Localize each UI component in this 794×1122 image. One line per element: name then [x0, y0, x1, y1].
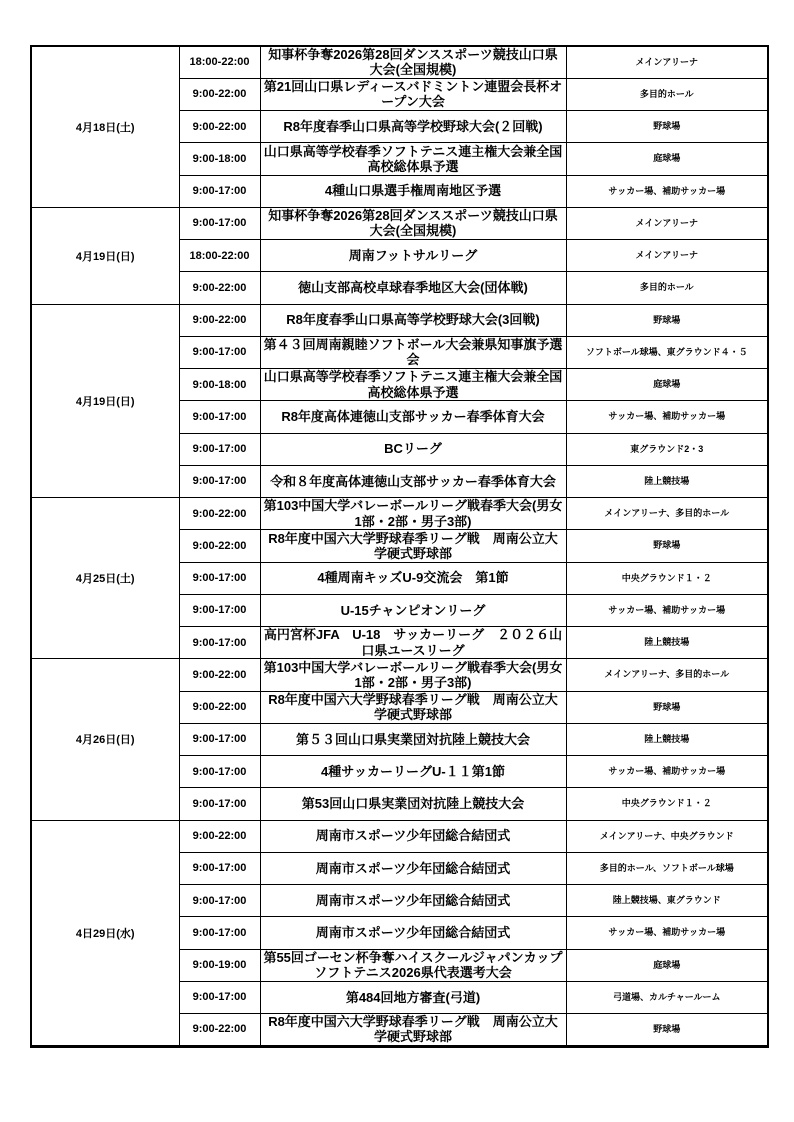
venue-cell: サッカー場、補助サッカー場 — [566, 594, 768, 626]
venue-cell: 多目的ホール — [566, 78, 768, 110]
schedule-body: 4月18日(土)18:00-22:00知事杯争奪2026第28回ダンススポーツ競… — [31, 46, 768, 1046]
event-cell: 周南市スポーツ少年団総合結団式 — [260, 917, 566, 949]
time-cell: 9:00-22:00 — [179, 272, 260, 304]
event-cell: R8年度中国六大学野球春季リーグ戦 周南公立大学硬式野球部 — [260, 691, 566, 723]
schedule-page: { "page": { "background_color": "#ffffff… — [0, 0, 794, 1122]
venue-cell: 野球場 — [566, 1014, 768, 1047]
venue-cell: 野球場 — [566, 691, 768, 723]
venue-cell: 陸上競技場 — [566, 723, 768, 755]
time-cell: 9:00-22:00 — [179, 498, 260, 530]
time-cell: 9:00-22:00 — [179, 304, 260, 336]
event-cell: 第21回山口県レディースバドミントン連盟会長杯オープン大会 — [260, 78, 566, 110]
event-cell: 第103中国大学バレーボールリーグ戦春季大会(男女1部・2部・男子3部) — [260, 659, 566, 691]
event-cell: BCリーグ — [260, 433, 566, 465]
event-cell: 知事杯争奪2026第28回ダンススポーツ競技山口県大会(全国規模) — [260, 46, 566, 78]
venue-cell: メインアリーナ、多目的ホール — [566, 659, 768, 691]
event-cell: 周南フットサルリーグ — [260, 240, 566, 272]
event-cell: 第55回ゴーセン杯争奪ハイスクールジャパンカップソフトテニス2026県代表選考大… — [260, 949, 566, 981]
event-cell: 周南市スポーツ少年団総合結団式 — [260, 820, 566, 852]
event-cell: R8年度中国六大学野球春季リーグ戦 周南公立大学硬式野球部 — [260, 530, 566, 562]
time-cell: 9:00-22:00 — [179, 691, 260, 723]
venue-cell: メインアリーナ — [566, 207, 768, 239]
schedule-table-container: 4月18日(土)18:00-22:00知事杯争奪2026第28回ダンススポーツ競… — [30, 45, 767, 1045]
venue-cell: 弓道場、カルチャールーム — [566, 981, 768, 1013]
time-cell: 9:00-17:00 — [179, 756, 260, 788]
time-cell: 18:00-22:00 — [179, 46, 260, 78]
venue-cell: サッカー場、補助サッカー場 — [566, 756, 768, 788]
venue-cell: サッカー場、補助サッカー場 — [566, 175, 768, 207]
table-row: 4月25日(土)9:00-22:00第103中国大学バレーボールリーグ戦春季大会… — [31, 498, 768, 530]
date-cell: 4月25日(土) — [31, 498, 179, 659]
venue-cell: 多目的ホール — [566, 272, 768, 304]
event-cell: 第５３回山口県実業団対抗陸上競技大会 — [260, 723, 566, 755]
time-cell: 9:00-22:00 — [179, 659, 260, 691]
table-row: 4月18日(土)18:00-22:00知事杯争奪2026第28回ダンススポーツ競… — [31, 46, 768, 78]
time-cell: 9:00-22:00 — [179, 111, 260, 143]
venue-cell: 中央グラウンド１・２ — [566, 562, 768, 594]
table-row: 4月26日(日)9:00-22:00第103中国大学バレーボールリーグ戦春季大会… — [31, 659, 768, 691]
venue-cell: 庭球場 — [566, 369, 768, 401]
time-cell: 9:00-22:00 — [179, 78, 260, 110]
date-cell: 4月18日(土) — [31, 46, 179, 207]
time-cell: 9:00-17:00 — [179, 723, 260, 755]
venue-cell: メインアリーナ、中央グラウンド — [566, 820, 768, 852]
event-cell: 第４３回周南親睦ソフトボール大会兼県知事旗予選会 — [260, 336, 566, 368]
date-cell: 4月26日(日) — [31, 659, 179, 820]
event-cell: 周南市スポーツ少年団総合結団式 — [260, 885, 566, 917]
venue-cell: 野球場 — [566, 111, 768, 143]
venue-cell: 陸上競技場 — [566, 465, 768, 497]
time-cell: 9:00-17:00 — [179, 175, 260, 207]
time-cell: 9:00-19:00 — [179, 949, 260, 981]
venue-cell: 陸上競技場、東グラウンド — [566, 885, 768, 917]
event-cell: 高円宮杯JFA U-18 サッカーリーグ ２０２６山口県ユースリーグ — [260, 627, 566, 659]
time-cell: 9:00-17:00 — [179, 401, 260, 433]
event-cell: R8年度中国六大学野球春季リーグ戦 周南公立大学硬式野球部 — [260, 1014, 566, 1047]
time-cell: 9:00-17:00 — [179, 917, 260, 949]
time-cell: 9:00-17:00 — [179, 627, 260, 659]
event-cell: 第103中国大学バレーボールリーグ戦春季大会(男女1部・2部・男子3部) — [260, 498, 566, 530]
venue-cell: メインアリーナ — [566, 46, 768, 78]
venue-cell: 陸上競技場 — [566, 627, 768, 659]
time-cell: 9:00-17:00 — [179, 594, 260, 626]
venue-cell: 野球場 — [566, 530, 768, 562]
venue-cell: サッカー場、補助サッカー場 — [566, 401, 768, 433]
event-cell: 山口県高等学校春季ソフトテニス連主権大会兼全国高校総体県予選 — [260, 369, 566, 401]
venue-cell: サッカー場、補助サッカー場 — [566, 917, 768, 949]
time-cell: 9:00-22:00 — [179, 1014, 260, 1047]
venue-cell: 野球場 — [566, 304, 768, 336]
time-cell: 9:00-18:00 — [179, 143, 260, 175]
venue-cell: メインアリーナ、多目的ホール — [566, 498, 768, 530]
event-cell: 山口県高等学校春季ソフトテニス連主権大会兼全国高校総体県予選 — [260, 143, 566, 175]
venue-cell: メインアリーナ — [566, 240, 768, 272]
venue-cell: 庭球場 — [566, 143, 768, 175]
time-cell: 9:00-22:00 — [179, 530, 260, 562]
event-cell: 令和８年度高体連徳山支部サッカー春季体育大会 — [260, 465, 566, 497]
venue-cell: 庭球場 — [566, 949, 768, 981]
time-cell: 9:00-17:00 — [179, 981, 260, 1013]
venue-cell: 東グラウンド2・3 — [566, 433, 768, 465]
event-cell: 知事杯争奪2026第28回ダンススポーツ競技山口県大会(全国規模) — [260, 207, 566, 239]
date-cell: 4月19日(日) — [31, 304, 179, 498]
time-cell: 9:00-17:00 — [179, 885, 260, 917]
event-cell: 周南市スポーツ少年団総合結団式 — [260, 852, 566, 884]
date-cell: 4日29日(水) — [31, 820, 179, 1046]
time-cell: 18:00-22:00 — [179, 240, 260, 272]
venue-cell: 中央グラウンド１・２ — [566, 788, 768, 820]
event-cell: 第53回山口県実業団対抗陸上競技大会 — [260, 788, 566, 820]
event-cell: 4種山口県選手権周南地区予選 — [260, 175, 566, 207]
time-cell: 9:00-17:00 — [179, 852, 260, 884]
time-cell: 9:00-17:00 — [179, 788, 260, 820]
time-cell: 9:00-17:00 — [179, 433, 260, 465]
time-cell: 9:00-18:00 — [179, 369, 260, 401]
event-cell: R8年度春季山口県高等学校野球大会(２回戦) — [260, 111, 566, 143]
venue-cell: ソフトボール球場、東グラウンド４・５ — [566, 336, 768, 368]
date-cell: 4月19日(日) — [31, 207, 179, 304]
event-cell: U-15チャンピオンリーグ — [260, 594, 566, 626]
event-cell: 第484回地方審査(弓道) — [260, 981, 566, 1013]
event-cell: R8年度春季山口県高等学校野球大会(3回戦) — [260, 304, 566, 336]
venue-cell: 多目的ホール、ソフトボール球場 — [566, 852, 768, 884]
time-cell: 9:00-17:00 — [179, 207, 260, 239]
event-cell: R8年度高体連徳山支部サッカー春季体育大会 — [260, 401, 566, 433]
event-cell: 徳山支部高校卓球春季地区大会(団体戦) — [260, 272, 566, 304]
table-row: 4日29日(水)9:00-22:00周南市スポーツ少年団総合結団式メインアリーナ… — [31, 820, 768, 852]
event-schedule-table: 4月18日(土)18:00-22:00知事杯争奪2026第28回ダンススポーツ競… — [30, 45, 769, 1048]
table-row: 4月19日(日)9:00-22:00R8年度春季山口県高等学校野球大会(3回戦)… — [31, 304, 768, 336]
event-cell: 4種周南キッズU-9交流会 第1節 — [260, 562, 566, 594]
time-cell: 9:00-17:00 — [179, 562, 260, 594]
event-cell: 4種サッカーリーグU-１１第1節 — [260, 756, 566, 788]
time-cell: 9:00-22:00 — [179, 820, 260, 852]
time-cell: 9:00-17:00 — [179, 336, 260, 368]
time-cell: 9:00-17:00 — [179, 465, 260, 497]
table-row: 4月19日(日)9:00-17:00知事杯争奪2026第28回ダンススポーツ競技… — [31, 207, 768, 239]
